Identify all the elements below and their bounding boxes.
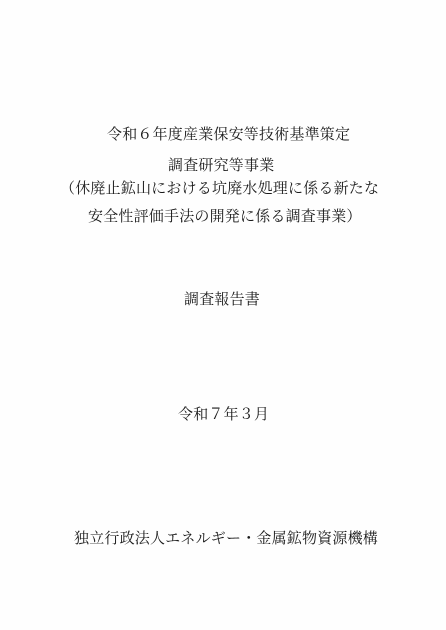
document-cover-page: 令和６年度産業保安等技術基準策定 調査研究等事業 （休廃止鉱山における坑廃水処理… (0, 0, 446, 630)
title-line-1: 令和６年度産業保安等技術基準策定 (107, 124, 350, 144)
organization-name: 独立行政法人エネルギー・金属鉱物資源機構 (74, 528, 378, 548)
report-type: 調査報告書 (184, 289, 260, 309)
title-line-4: 安全性評価手法の開発に係る調査事業） (88, 206, 362, 226)
report-date: 令和７年３月 (178, 404, 269, 424)
title-line-2: 調査研究等事業 (168, 155, 274, 175)
title-line-3: （休廃止鉱山における坑廃水処理に係る新たな (60, 178, 379, 198)
